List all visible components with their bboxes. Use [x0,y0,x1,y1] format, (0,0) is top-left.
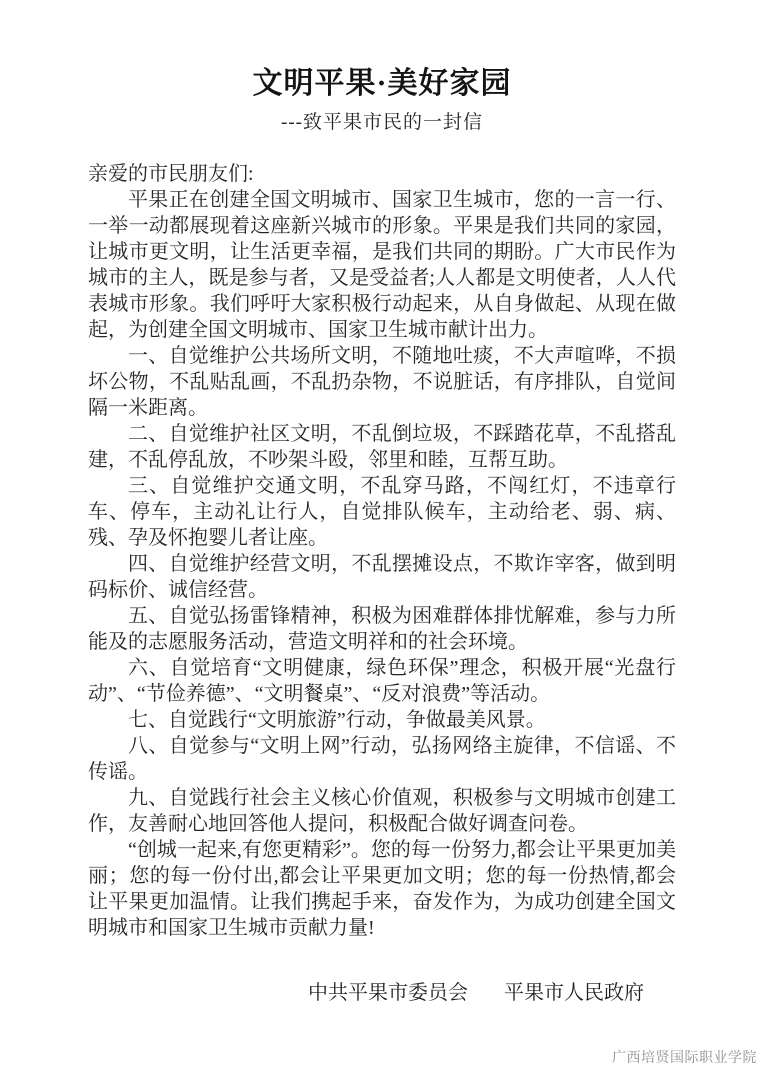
paragraph: “创城一起来,有您更精彩”。您的每一份努力,都会让平果更加美丽；您的每一份付出,… [88,837,676,941]
signature-government: 平果市人民政府 [504,982,644,1004]
paragraph: 四、自觉维护经营文明，不乱摆摊设点，不欺诈宰客，做到明码标价、诚信经营。 [88,551,676,603]
signature-party-committee: 中共平果市委员会 [308,982,468,1004]
paragraph: 八、自觉参与“文明上网”行动，弘扬网络主旋律，不信谣、不传谣。 [88,733,676,785]
signature-line: 中共平果市委员会平果市人民政府 [308,980,644,1006]
paragraph: 平果正在创建全国文明城市、国家卫生城市，您的一言一行、一举一动都展现着这座新兴城… [88,187,676,343]
paragraph: 一、自觉维护公共场所文明，不随地吐痰，不大声喧哗，不损坏公物，不乱贴乱画，不乱扔… [88,343,676,421]
greeting-line: 亲爱的市民朋友们: [88,161,676,187]
document-page: 文明平果·美好家园 ---致平果市民的一封信 亲爱的市民朋友们: 平果正在创建全… [0,0,764,1080]
paragraph: 六、自觉培育“文明健康，绿色环保”理念，积极开展“光盘行动”、“节俭养德”、“文… [88,655,676,707]
page-title: 文明平果·美好家园 [0,64,764,104]
paragraph: 七、自觉践行“文明旅游”行动，争做最美风景。 [88,707,676,733]
watermark-text: 广西培贤国际职业学院 [612,1047,757,1067]
document-body: 亲爱的市民朋友们: 平果正在创建全国文明城市、国家卫生城市，您的一言一行、一举一… [88,161,676,941]
paragraph: 二、自觉维护社区文明，不乱倒垃圾，不踩踏花草，不乱搭乱建，不乱停乱放，不吵架斗殴… [88,421,676,473]
paragraph: 九、自觉践行社会主义核心价值观，积极参与文明城市创建工作，友善耐心地回答他人提问… [88,785,676,837]
paragraph: 五、自觉弘扬雷锋精神，积极为困难群体排忧解难，参与力所能及的志愿服务活动，营造文… [88,603,676,655]
page-subtitle: ---致平果市民的一封信 [0,110,764,136]
paragraph: 三、自觉维护交通文明，不乱穿马路，不闯红灯，不违章行车、停车，主动礼让行人，自觉… [88,473,676,551]
